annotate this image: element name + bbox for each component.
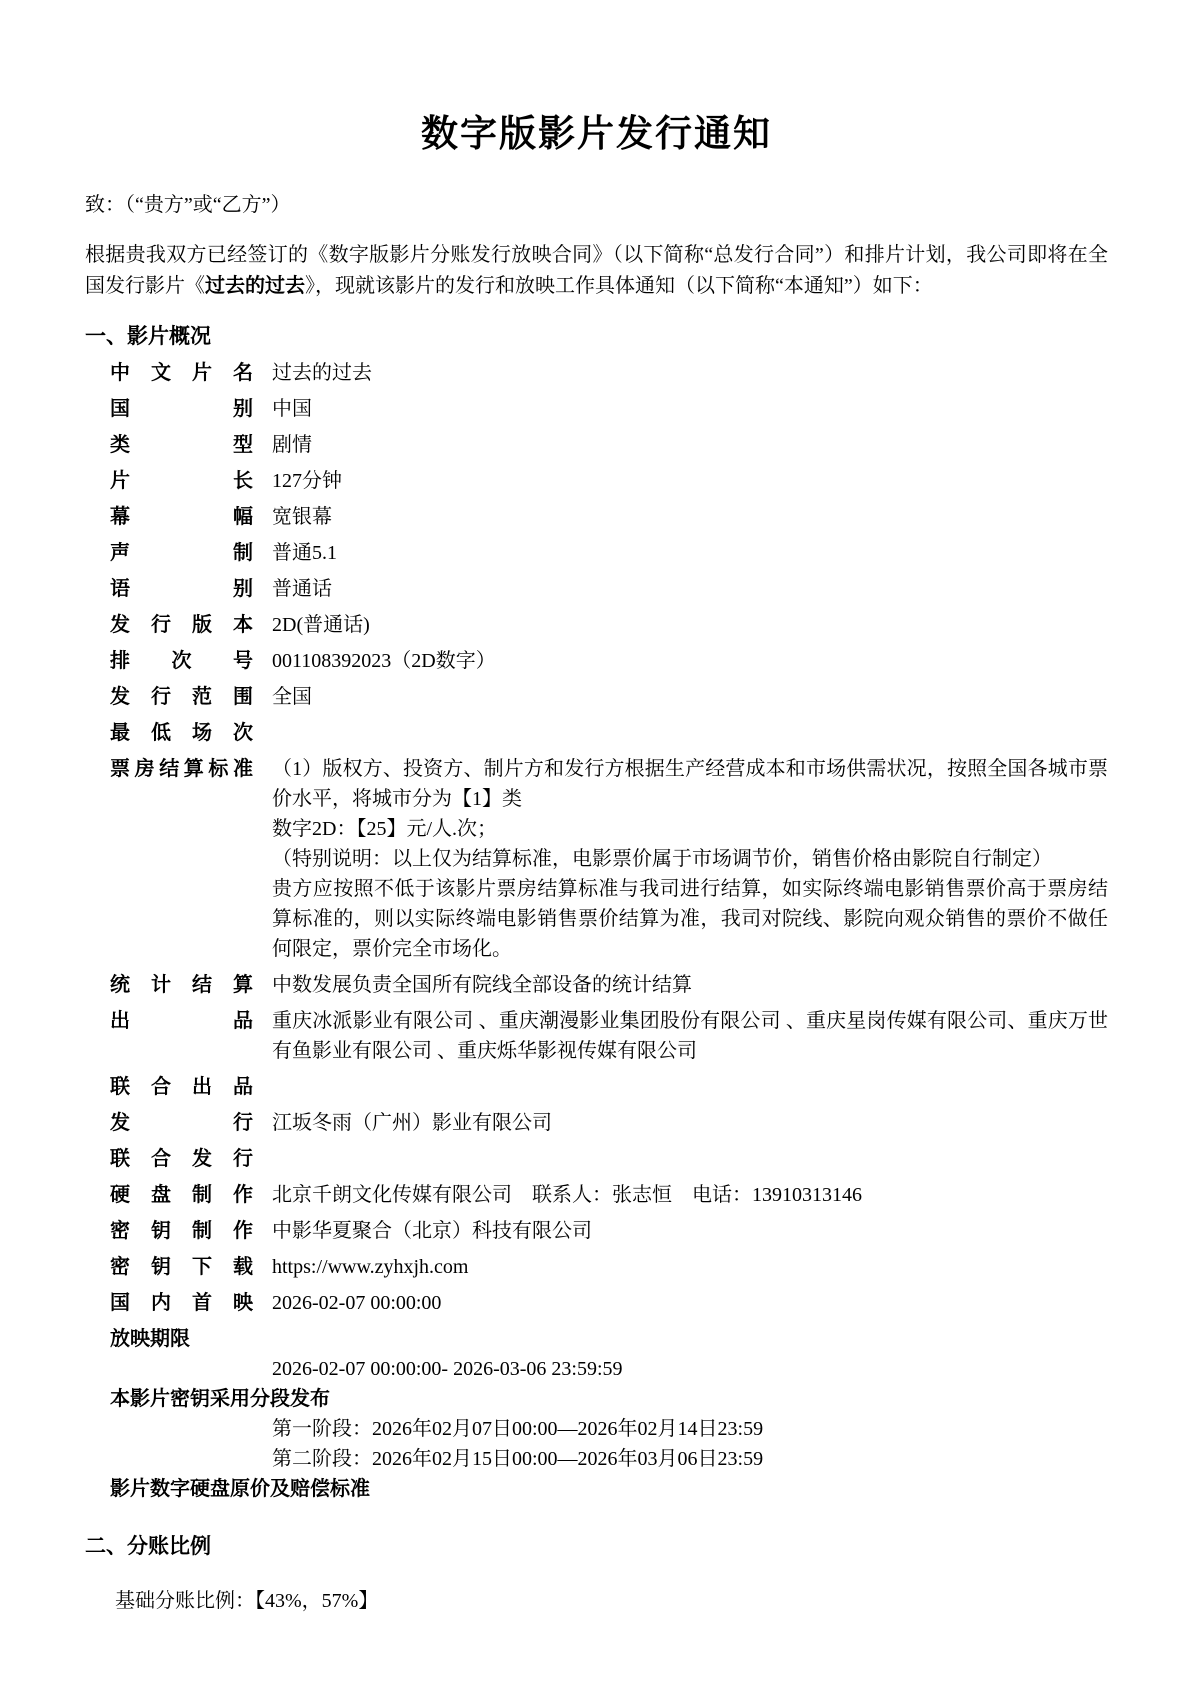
film-overview-list: 中文片名 过去的过去 国别 中国 类型 剧情 片长 127分钟 幕幅 宽银幕 声… — [110, 358, 1108, 1318]
kv-row: 最低场次 — [110, 718, 1108, 748]
kv-row: 排次号 001108392023（2D数字） — [110, 646, 1108, 676]
kv-value: 过去的过去 — [272, 358, 1108, 388]
kv-label: 国内首映 — [110, 1288, 253, 1318]
kv-value: 宽银幕 — [272, 502, 1108, 532]
kv-label: 最低场次 — [110, 718, 253, 748]
box-office-standard-line: （1）版权方、投资方、制片方和发行方根据生产经营成本和市场供需状况，按照全国各城… — [272, 754, 1108, 814]
kv-label: 排次号 — [110, 646, 253, 676]
kv-value: 江坂冬雨（广州）影业有限公司 — [272, 1108, 1108, 1138]
key-release-phase-1: 第一阶段：2026年02月07日00:00—2026年02月14日23:59 — [272, 1414, 1108, 1444]
kv-value: 重庆冰派影业有限公司 、重庆潮漫影业集团股份有限公司 、重庆星岗传媒有限公司、重… — [272, 1006, 1108, 1066]
section-2-heading: 二、分账比例 — [85, 1534, 1108, 1560]
kv-row: 声制 普通5.1 — [110, 538, 1108, 568]
kv-label: 发行版本 — [110, 610, 253, 640]
kv-label: 国别 — [110, 394, 253, 424]
kv-label: 硬盘制作 — [110, 1180, 253, 1210]
kv-value: 2D(普通话) — [272, 610, 1108, 640]
document-page: 数字版影片发行通知 致：（“贵方”或“乙方”） 根据贵我双方已经签订的《数字版影… — [0, 0, 1190, 1684]
kv-row: 联合出品 — [110, 1072, 1108, 1102]
kv-value: 2026-02-07 00:00:00 — [272, 1288, 1108, 1318]
kv-label: 中文片名 — [110, 358, 253, 388]
screening-period-range: 2026-02-07 00:00:00- 2026-03-06 23:59:59 — [272, 1354, 1108, 1384]
kv-label: 发行 — [110, 1108, 253, 1138]
kv-label: 统计结算 — [110, 970, 253, 1000]
kv-value: 北京千朗文化传媒有限公司 联系人：张志恒 电话：13910313146 — [272, 1180, 1108, 1210]
kv-label: 类型 — [110, 430, 253, 460]
base-share-ratio: 基础分账比例：【43%，57%】 — [115, 1586, 1108, 1616]
kv-label: 出品 — [110, 1006, 253, 1066]
kv-label: 语别 — [110, 574, 253, 604]
kv-label: 密钥下载 — [110, 1252, 253, 1282]
document-title: 数字版影片发行通知 — [85, 112, 1108, 156]
kv-label: 声制 — [110, 538, 253, 568]
kv-row: 片长 127分钟 — [110, 466, 1108, 496]
kv-value: 全国 — [272, 682, 1108, 712]
key-download-url: https://www.zyhxjh.com — [272, 1252, 1108, 1282]
kv-label: 幕幅 — [110, 502, 253, 532]
disk-price-heading: 影片数字硬盘原价及赔偿标准 — [110, 1474, 1108, 1504]
kv-value — [272, 1144, 1108, 1174]
film-title-bold: 过去的过去 — [205, 275, 305, 297]
intro-text-after: 》，现就该影片的发行和放映工作具体通知（以下简称“本通知”）如下： — [305, 275, 933, 297]
kv-value: （1）版权方、投资方、制片方和发行方根据生产经营成本和市场供需状况，按照全国各城… — [272, 754, 1108, 964]
kv-row-box-office-standard: 票房结算标准 （1）版权方、投资方、制片方和发行方根据生产经营成本和市场供需状况… — [110, 754, 1108, 964]
kv-value: 中国 — [272, 394, 1108, 424]
kv-value: 中影华夏聚合（北京）科技有限公司 — [272, 1216, 1108, 1246]
salutation-line: 致：（“贵方”或“乙方”） — [85, 192, 1108, 218]
kv-row: 国内首映 2026-02-07 00:00:00 — [110, 1288, 1108, 1318]
kv-value: 剧情 — [272, 430, 1108, 460]
box-office-standard-line: 数字2D：【25】元/人.次； — [272, 814, 1108, 844]
kv-label: 联合出品 — [110, 1072, 253, 1102]
kv-row: 密钥制作 中影华夏聚合（北京）科技有限公司 — [110, 1216, 1108, 1246]
kv-value: 127分钟 — [272, 466, 1108, 496]
kv-row: 发行 江坂冬雨（广州）影业有限公司 — [110, 1108, 1108, 1138]
kv-label: 密钥制作 — [110, 1216, 253, 1246]
intro-paragraph: 根据贵我双方已经签订的《数字版影片分账发行放映合同》（以下简称“总发行合同”）和… — [85, 240, 1108, 302]
kv-row: 类型 剧情 — [110, 430, 1108, 460]
kv-label: 联合发行 — [110, 1144, 253, 1174]
kv-value — [272, 1072, 1108, 1102]
kv-row: 统计结算 中数发展负责全国所有院线全部设备的统计结算 — [110, 970, 1108, 1000]
kv-row: 语别 普通话 — [110, 574, 1108, 604]
kv-value — [272, 718, 1108, 748]
kv-row: 幕幅 宽银幕 — [110, 502, 1108, 532]
section-1-heading: 一、影片概况 — [85, 324, 1108, 350]
kv-value: 普通5.1 — [272, 538, 1108, 568]
kv-row: 联合发行 — [110, 1144, 1108, 1174]
kv-label: 发行范围 — [110, 682, 253, 712]
kv-label: 片长 — [110, 466, 253, 496]
kv-row: 中文片名 过去的过去 — [110, 358, 1108, 388]
kv-row: 出品 重庆冰派影业有限公司 、重庆潮漫影业集团股份有限公司 、重庆星岗传媒有限公… — [110, 1006, 1108, 1066]
kv-row: 国别 中国 — [110, 394, 1108, 424]
screening-period-heading: 放映期限 — [110, 1324, 1108, 1354]
kv-value: 001108392023（2D数字） — [272, 646, 1108, 676]
key-release-phase-2: 第二阶段：2026年02月15日00:00—2026年03月06日23:59 — [272, 1444, 1108, 1474]
kv-row: 密钥下载 https://www.zyhxjh.com — [110, 1252, 1108, 1282]
kv-value: 中数发展负责全国所有院线全部设备的统计结算 — [272, 970, 1108, 1000]
kv-row: 硬盘制作 北京千朗文化传媒有限公司 联系人：张志恒 电话：13910313146 — [110, 1180, 1108, 1210]
kv-row: 发行版本 2D(普通话) — [110, 610, 1108, 640]
box-office-standard-line: （特别说明：以上仅为结算标准，电影票价属于市场调节价，销售价格由影院自行制定） — [272, 844, 1108, 874]
kv-value: 普通话 — [272, 574, 1108, 604]
kv-row: 发行范围 全国 — [110, 682, 1108, 712]
box-office-standard-line: 贵方应按照不低于该影片票房结算标准与我司进行结算，如实际终端电影销售票价高于票房… — [272, 874, 1108, 964]
kv-label: 票房结算标准 — [110, 754, 253, 964]
key-release-heading: 本影片密钥采用分段发布 — [110, 1384, 1108, 1414]
